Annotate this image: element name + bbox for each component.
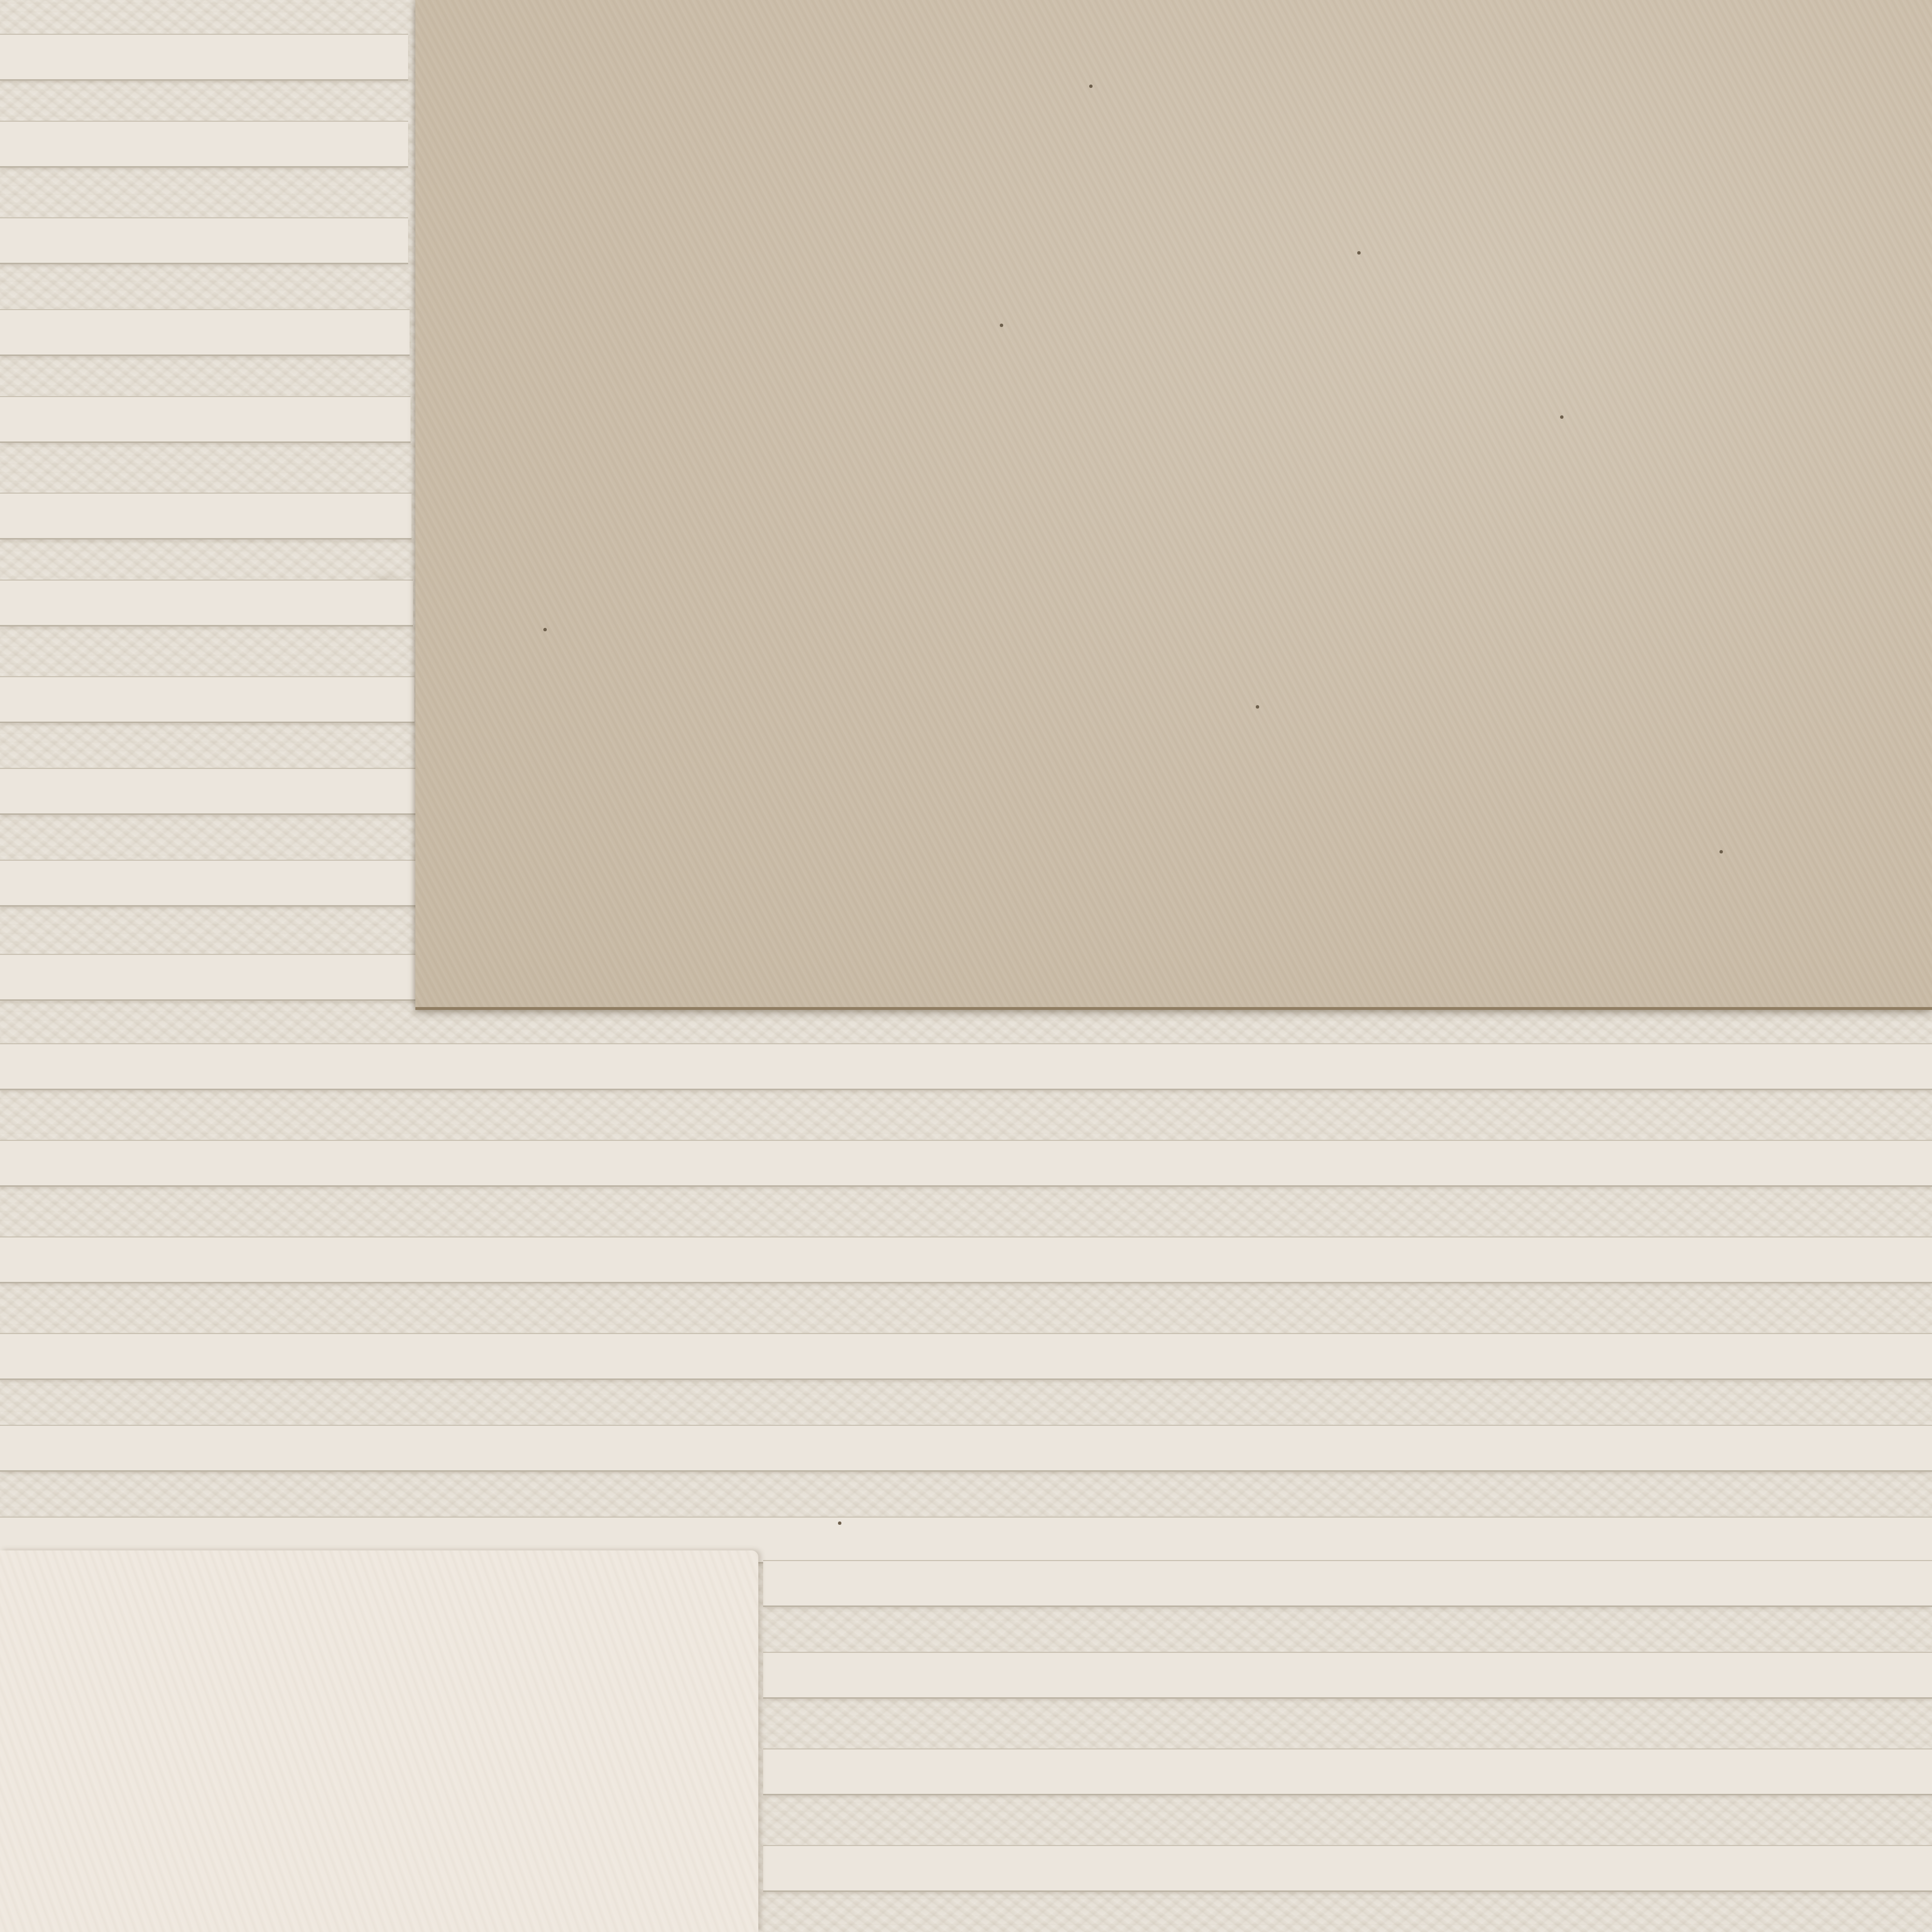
fiber-speck [1357, 251, 1361, 255]
paper-strip [0, 34, 408, 81]
paper-strip [0, 493, 412, 540]
paper-strip [0, 309, 410, 356]
paper-strip [0, 954, 416, 1001]
paper-strip [0, 1140, 1932, 1187]
fiber-speck [1000, 324, 1003, 327]
fiber-speck [543, 628, 547, 631]
fiber-speck [1256, 705, 1259, 709]
paper-strip [0, 676, 414, 723]
paper-strip [0, 1333, 1932, 1380]
paper-strip [763, 1845, 1932, 1892]
paper-strip [0, 121, 408, 168]
cream-handmade-paper-sheet [0, 1550, 758, 1932]
paper-strip [0, 1236, 1932, 1283]
paper-strip [763, 1748, 1932, 1795]
paper-strip [763, 1560, 1932, 1607]
paper-strip [0, 768, 415, 815]
tan-handmade-paper-sheet [415, 0, 1932, 1010]
fiber-speck [838, 1521, 841, 1525]
paper-strip [763, 1652, 1932, 1699]
paper-strip [0, 1425, 1932, 1472]
paper-strip [0, 1043, 1932, 1090]
paper-strip [0, 396, 411, 443]
fiber-speck [1089, 85, 1093, 88]
fiber-speck [1719, 850, 1723, 853]
fiber-speck [1560, 415, 1563, 419]
paper-strip [0, 580, 413, 626]
paper-strip [0, 860, 415, 907]
paper-strip [0, 217, 408, 264]
